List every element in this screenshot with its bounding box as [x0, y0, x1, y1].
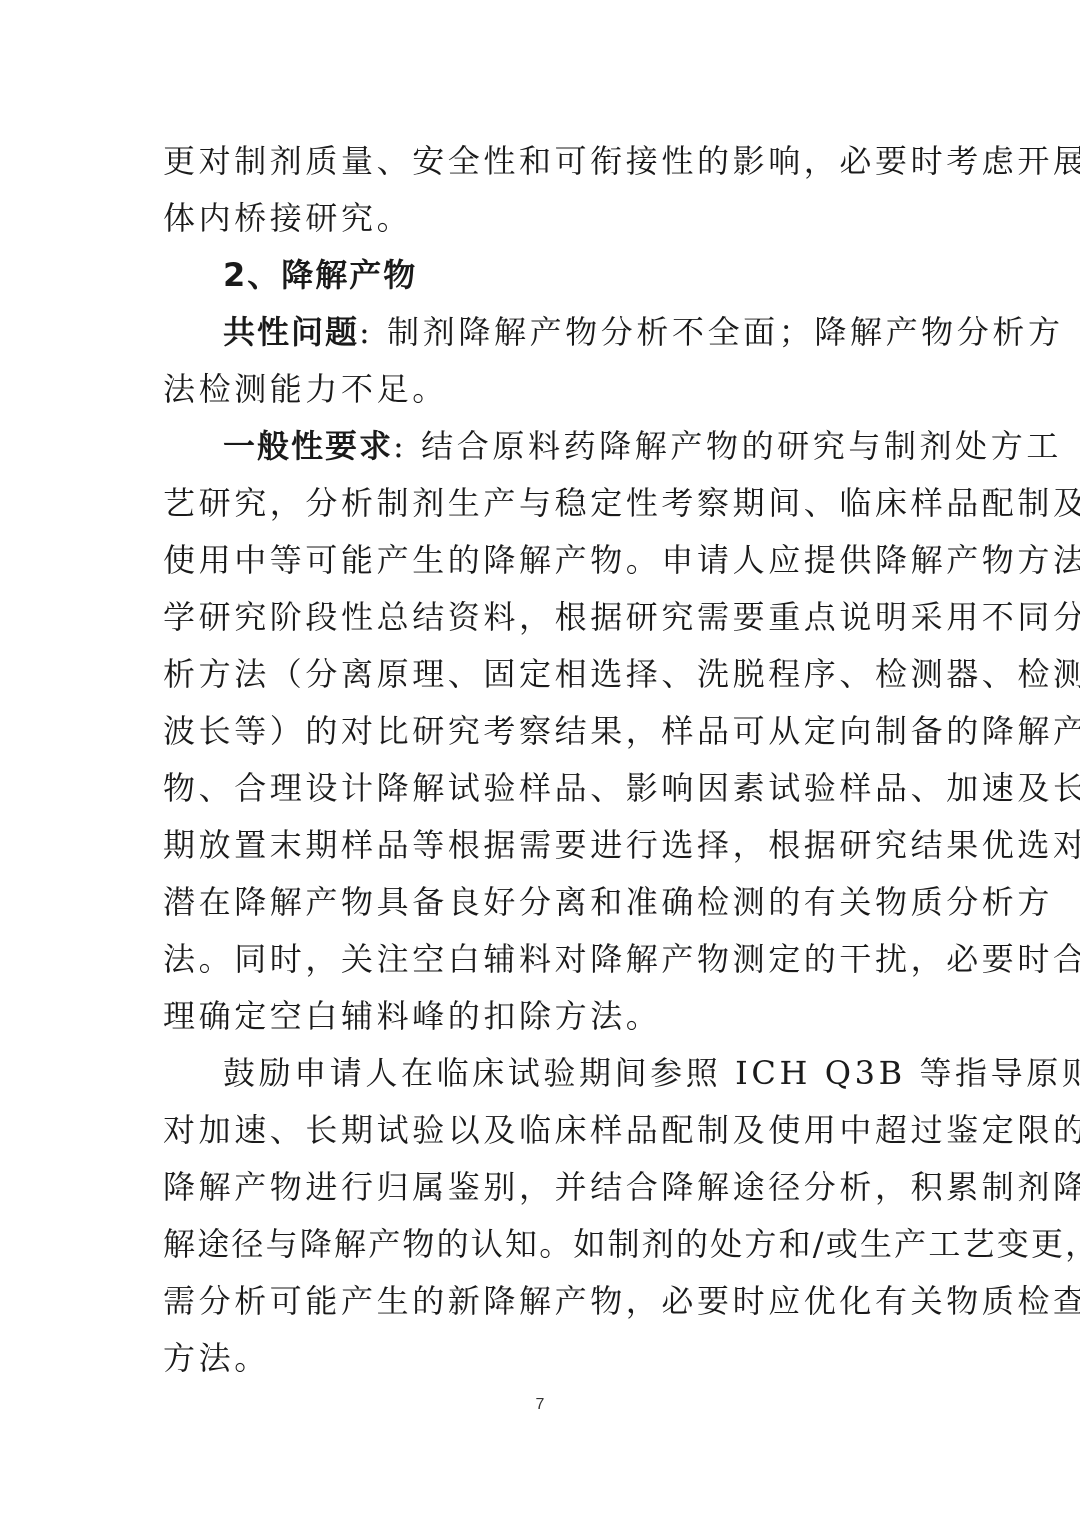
paragraph-line: 理确定空白辅料峰的扣除方法。 — [163, 988, 661, 1044]
common-issue-text: : 制剂降解产物分析不全面；降解产物分析方 — [359, 313, 1064, 351]
paragraph-line: 使用中等可能产生的降解产物。申请人应提供降解产物方法 — [163, 532, 1080, 588]
page-number: 7 — [0, 1396, 1080, 1414]
paragraph-line: 析方法（分离原理、固定相选择、洗脱程序、检测器、检测 — [163, 646, 1080, 702]
paragraph-line: 降解产物进行归属鉴别，并结合降解途径分析，积累制剂降 — [163, 1159, 1080, 1215]
general-requirement-text: : 结合原料药降解产物的研究与制剂处方工 — [393, 427, 1062, 465]
common-issue-label: 共性问题 — [223, 313, 359, 351]
paragraph-line: 鼓励申请人在临床试验期间参照 ICH Q3B 等指导原则 — [223, 1045, 1080, 1101]
paragraph-line: 艺研究，分析制剂生产与稳定性考察期间、临床样品配制及 — [163, 475, 1080, 531]
common-issue-line: 共性问题: 制剂降解产物分析不全面；降解产物分析方 — [223, 304, 1064, 360]
paragraph-line: 更对制剂质量、安全性和可衔接性的影响，必要时考虑开展 — [163, 133, 1080, 189]
paragraph-line: 体内桥接研究。 — [163, 190, 412, 246]
paragraph-line: 需分析可能产生的新降解产物，必要时应优化有关物质检查 — [163, 1273, 1080, 1329]
paragraph-line: 对加速、长期试验以及临床样品配制及使用中超过鉴定限的 — [163, 1102, 1080, 1158]
paragraph-line: 波长等）的对比研究考察结果，样品可从定向制备的降解产 — [163, 703, 1080, 759]
general-requirement-line: 一般性要求: 结合原料药降解产物的研究与制剂处方工 — [223, 418, 1062, 474]
paragraph-line: 物、合理设计降解试验样品、影响因素试验样品、加速及长 — [163, 760, 1080, 816]
paragraph-line: 法。同时，关注空白辅料对降解产物测定的干扰，必要时合 — [163, 931, 1080, 987]
paragraph-line: 解途径与降解产物的认知。如制剂的处方和/或生产工艺变更， — [163, 1216, 1080, 1272]
paragraph-line: 学研究阶段性总结资料，根据研究需要重点说明采用不同分 — [163, 589, 1080, 645]
general-requirement-label: 一般性要求 — [223, 427, 393, 465]
paragraph-line: 潜在降解产物具备良好分离和准确检测的有关物质分析方 — [163, 874, 1053, 930]
section-heading: 2、降解产物 — [223, 247, 417, 303]
paragraph-line: 期放置末期样品等根据需要进行选择，根据研究结果优选对 — [163, 817, 1080, 873]
paragraph-line: 法检测能力不足。 — [163, 361, 448, 417]
paragraph-line: 方法。 — [163, 1330, 270, 1386]
